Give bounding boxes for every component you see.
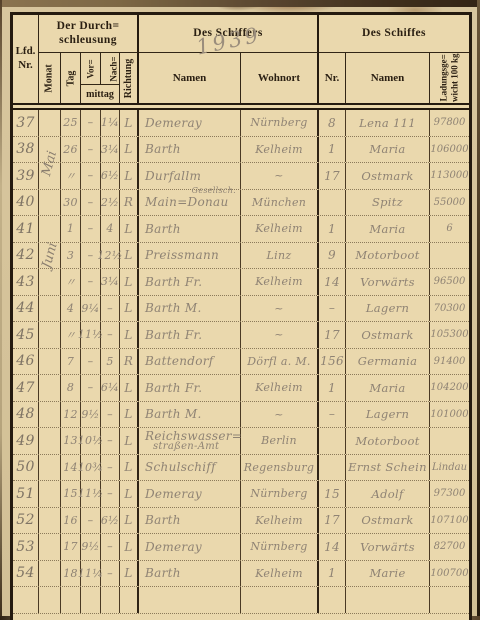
schiffer-name-text: Reichswasser= xyxy=(145,430,242,442)
header-schiffer-namen: Namen xyxy=(139,53,241,103)
cell-wohnort: Kelheim xyxy=(241,561,319,587)
cell-wohnort xyxy=(241,587,319,613)
cell-wohnort: Kelheim xyxy=(241,375,319,401)
cell-ladungsgewicht: 70300 xyxy=(430,296,469,322)
cell-ladungsgewicht: 91400 xyxy=(430,349,469,375)
cell-wohnort: Regensburg xyxy=(241,455,319,481)
table-row: 37 25 – 1¼ L Demeray Nürnberg 8 Lena 111… xyxy=(13,110,469,137)
table-body: 37 25 – 1¼ L Demeray Nürnberg 8 Lena 111… xyxy=(13,110,469,614)
cell-vormittag: 11½ xyxy=(81,322,101,348)
cell-tag: 7 xyxy=(61,349,81,375)
cell-ladungsgewicht: 82700 xyxy=(430,534,469,560)
cell-schiffer-name: Barth Fr. xyxy=(139,375,241,401)
cell-schiffer-name: Barth xyxy=(139,216,241,242)
schiffer-name-text: Barth Fr. xyxy=(145,276,202,288)
cell-schiffer-name: Barth xyxy=(139,561,241,587)
cell-tag: 12 xyxy=(61,402,81,428)
header-schiffes-label: Des Schiffes xyxy=(362,27,426,40)
cell-ladungsgewicht: 96500 xyxy=(430,269,469,295)
cell-wohnort: Berlin xyxy=(241,428,319,454)
page-edge-left xyxy=(0,0,2,620)
header-mittag-label: mittag xyxy=(86,89,114,100)
cell-monat xyxy=(39,110,61,136)
cell-richtung: L xyxy=(120,216,139,242)
cell-vormittag: – xyxy=(81,375,101,401)
cell-ship-name: Lena 111 xyxy=(346,110,430,136)
cell-richtung: L xyxy=(120,508,139,534)
cell-wohnort: Linz xyxy=(241,243,319,269)
table-row: 44 4 9¼ – L Barth M. ~ – Lagern 70300 xyxy=(13,296,469,323)
page-edge-top xyxy=(0,0,480,7)
cell-tag: 3 xyxy=(61,243,81,269)
header-ship-nr-label: Nr. xyxy=(325,72,340,84)
cell-richtung: L xyxy=(120,243,139,269)
cell-vormittag: – xyxy=(81,508,101,534)
cell-ladungsgewicht: 6 xyxy=(430,216,469,242)
table-header: Lfd. Nr. Der Durch= schleusung Des Schif… xyxy=(13,15,469,103)
cell-schiffer-name: Barth xyxy=(139,137,241,163)
cell-schiffer-name: Battendorf xyxy=(139,349,241,375)
cell-tag: 30 xyxy=(61,190,81,216)
cell-ladungsgewicht: 105300 xyxy=(430,322,469,348)
cell-richtung: L xyxy=(120,322,139,348)
cell-ship-nr: 9 xyxy=(319,243,346,269)
cell-nachmittag xyxy=(101,587,120,613)
cell-wohnort: ~ xyxy=(241,322,319,348)
cell-vormittag: 9½ xyxy=(81,534,101,560)
cell-richtung: L xyxy=(120,163,139,189)
schiffer-name-text: Preissmann xyxy=(145,249,219,261)
cell-wohnort: Kelheim xyxy=(241,508,319,534)
table-row: 47 8 – 6¼ L Barth Fr. Kelheim 1 Maria 10… xyxy=(13,375,469,402)
cell-nachmittag: – xyxy=(101,561,120,587)
cell-ladungsgewicht xyxy=(430,587,469,613)
cell-nachmittag: 2½ xyxy=(101,190,120,216)
cell-monat xyxy=(39,481,61,507)
cell-ship-nr: 8 xyxy=(319,110,346,136)
header-wohnort-label: Wohnort xyxy=(258,72,300,84)
schiffer-name-text: Demeray xyxy=(145,541,202,553)
header-ladung-line1: Ladungsge= xyxy=(439,54,450,103)
cell-schiffer-name: Barth Fr. xyxy=(139,322,241,348)
header-vor-nach: Vor= Nach= xyxy=(81,53,119,85)
cell-ship-name: Vorwärts xyxy=(346,269,430,295)
cell-ladungsgewicht: 55000 xyxy=(430,190,469,216)
cell-monat xyxy=(39,349,61,375)
header-double-rule xyxy=(13,103,469,110)
cell-ship-name: Germania xyxy=(346,349,430,375)
schiffer-name-text: Barth xyxy=(145,567,181,579)
scanned-ledger-page: { "page": { "year_overlay": "1939", "hea… xyxy=(0,0,480,620)
cell-lfd-nr: 48 xyxy=(13,402,39,428)
cell-richtung: L xyxy=(120,110,139,136)
cell-schiffer-name: Barth M. xyxy=(139,402,241,428)
cell-wohnort: ~ xyxy=(241,402,319,428)
cell-lfd-nr: 44 xyxy=(13,296,39,322)
schiffer-name-text: Barth Fr. xyxy=(145,382,202,394)
cell-schiffer-name: Barth xyxy=(139,508,241,534)
cell-vormittag: 9½ xyxy=(81,402,101,428)
cell-ladungsgewicht: Lindau xyxy=(430,455,469,481)
table-row: 40 30 – 2½ R Gesellsch. Main=Donau Münch… xyxy=(13,190,469,217)
cell-monat xyxy=(39,455,61,481)
cell-wohnort: Nürnberg xyxy=(241,534,319,560)
schiffer-name-text: Barth M. xyxy=(145,302,202,314)
cell-lfd-nr: 53 xyxy=(13,534,39,560)
cell-nachmittag: 3¼ xyxy=(101,269,120,295)
cell-monat xyxy=(39,296,61,322)
cell-lfd-nr: 43 xyxy=(13,269,39,295)
cell-tag: 25 xyxy=(61,110,81,136)
cell-ship-nr: – xyxy=(319,402,346,428)
cell-monat xyxy=(39,587,61,613)
cell-vormittag: 11½ xyxy=(81,481,101,507)
cell-wohnort: Nürnberg xyxy=(241,110,319,136)
cell-monat xyxy=(39,534,61,560)
cell-ship-nr: 14 xyxy=(319,269,346,295)
cell-ship-name: Marie xyxy=(346,561,430,587)
cell-nachmittag: 4 xyxy=(101,216,120,242)
cell-nachmittag: 6½ xyxy=(101,508,120,534)
header-group-durchschleusung: Der Durch= schleusung xyxy=(39,15,139,53)
cell-schiffer-name: Preissmann xyxy=(139,243,241,269)
cell-wohnort: Kelheim xyxy=(241,269,319,295)
cell-ship-name: Ostmark xyxy=(346,163,430,189)
header-lfd-nr: Lfd. Nr. xyxy=(13,15,39,103)
header-mittag: mittag xyxy=(81,85,119,103)
cell-ladungsgewicht xyxy=(430,428,469,454)
cell-lfd-nr: 49 xyxy=(13,428,39,454)
schiffer-name-line2: straßen-Amt xyxy=(145,442,240,452)
cell-wohnort: Dörfl a. M. xyxy=(241,349,319,375)
table-row: 54 18 11¼ – L Barth Kelheim 1 Marie 1007… xyxy=(13,561,469,588)
table-row: 49 13 10½ – L Reichswasser= straßen-Amt … xyxy=(13,428,469,455)
cell-ladungsgewicht: 97800 xyxy=(430,110,469,136)
cell-lfd-nr: 41 xyxy=(13,216,39,242)
schiffer-name-text: Battendorf xyxy=(145,355,214,367)
cell-schiffer-name: Demeray xyxy=(139,481,241,507)
cell-nachmittag: – xyxy=(101,402,120,428)
cell-wohnort: ~ xyxy=(241,296,319,322)
cell-richtung: L xyxy=(120,481,139,507)
header-richtung-label: Richtung xyxy=(123,58,134,97)
cell-richtung: L xyxy=(120,375,139,401)
header-tag-label: Tag xyxy=(65,70,76,86)
cell-richtung: L xyxy=(120,534,139,560)
cell-vormittag: – xyxy=(81,216,101,242)
header-ship-namen: Namen xyxy=(346,53,430,103)
header-lfd-line1: Lfd. xyxy=(16,45,36,59)
table-row: 41 1 – 4 L Barth Kelheim 1 Maria 6 xyxy=(13,216,469,243)
cell-ship-nr xyxy=(319,455,346,481)
cell-ship-nr: 156 xyxy=(319,349,346,375)
cell-lfd-nr: 54 xyxy=(13,561,39,587)
cell-tag: 8 xyxy=(61,375,81,401)
header-vor-label: Vor= xyxy=(86,59,96,78)
cell-ladungsgewicht: 113000 xyxy=(430,163,469,189)
cell-monat xyxy=(39,375,61,401)
cell-lfd-nr: 46 xyxy=(13,349,39,375)
cell-richtung xyxy=(120,587,139,613)
cell-schiffer-name: Barth Fr. xyxy=(139,269,241,295)
cell-richtung: L xyxy=(120,402,139,428)
header-ladung-line2: wicht 100 kg xyxy=(450,54,461,103)
cell-wohnort: Kelheim xyxy=(241,137,319,163)
header-tag: Tag xyxy=(61,53,81,103)
cell-richtung: L xyxy=(120,455,139,481)
header-vor: Vor= xyxy=(81,53,101,84)
cell-tag: 〃 xyxy=(61,163,81,189)
cell-vormittag: 9¼ xyxy=(81,296,101,322)
cell-monat xyxy=(39,163,61,189)
cell-tag: 〃 xyxy=(61,269,81,295)
table-row: 52 16 – 6½ L Barth Kelheim 17 Ostmark 10… xyxy=(13,508,469,535)
table-row: 45 〃 11½ – L Barth Fr. ~ 17 Ostmark 1053… xyxy=(13,322,469,349)
cell-ship-nr: 17 xyxy=(319,322,346,348)
header-schiffer-namen-label: Namen xyxy=(173,72,207,84)
cell-schiffer-name: Schulschiff xyxy=(139,455,241,481)
cell-lfd-nr xyxy=(13,587,39,613)
cell-ship-nr: 17 xyxy=(319,163,346,189)
schiffer-name-text: Barth xyxy=(145,223,181,235)
cell-tag: 26 xyxy=(61,137,81,163)
cell-ship-name: Adolf xyxy=(346,481,430,507)
cell-wohnort: Kelheim xyxy=(241,216,319,242)
header-ladungsgewicht-label: Ladungsge= wicht 100 kg xyxy=(439,54,461,103)
cell-monat xyxy=(39,402,61,428)
cell-lfd-nr: 37 xyxy=(13,110,39,136)
cell-vormittag: – xyxy=(81,163,101,189)
schiffer-name-text: Barth xyxy=(145,514,181,526)
cell-richtung: R xyxy=(120,190,139,216)
table-row: 50 14 10¾ – L Schulschiff Regensburg Ern… xyxy=(13,455,469,482)
cell-ship-nr: 17 xyxy=(319,508,346,534)
cell-ship-name: Lagern xyxy=(346,296,430,322)
cell-wohnort: Nürnberg xyxy=(241,481,319,507)
header-ladungsgewicht: Ladungsge= wicht 100 kg xyxy=(430,53,469,103)
cell-richtung: L xyxy=(120,428,139,454)
cell-richtung: R xyxy=(120,349,139,375)
cell-schiffer-name: Reichswasser= straßen-Amt xyxy=(139,428,241,454)
cell-vormittag: – xyxy=(81,269,101,295)
cell-ship-nr: 15 xyxy=(319,481,346,507)
cell-ship-nr: 1 xyxy=(319,561,346,587)
cell-ship-name: Ostmark xyxy=(346,508,430,534)
cell-nachmittag: 12½ xyxy=(101,243,120,269)
cell-vormittag: – xyxy=(81,190,101,216)
cell-nachmittag: – xyxy=(101,455,120,481)
schiffer-superscript: Gesellsch. xyxy=(192,187,236,195)
header-richtung: Richtung xyxy=(120,53,139,103)
cell-tag xyxy=(61,587,81,613)
cell-vormittag: 10¾ xyxy=(81,455,101,481)
cell-lfd-nr: 45 xyxy=(13,322,39,348)
cell-schiffer-name: Gesellsch. Main=Donau xyxy=(139,190,241,216)
cell-richtung: L xyxy=(120,269,139,295)
cell-ladungsgewicht: 97300 xyxy=(430,481,469,507)
table-row xyxy=(13,587,469,614)
cell-lfd-nr: 39 xyxy=(13,163,39,189)
cell-lfd-nr: 47 xyxy=(13,375,39,401)
cell-richtung: L xyxy=(120,561,139,587)
schiffer-name-text: Barth xyxy=(145,143,181,155)
cell-nachmittag: – xyxy=(101,428,120,454)
cell-ladungsgewicht: 106000 xyxy=(430,137,469,163)
cell-ship-name: Maria xyxy=(346,137,430,163)
schiffer-name-text: Barth M. xyxy=(145,408,202,420)
cell-ship-name xyxy=(346,587,430,613)
schiffer-name-text: Schulschiff xyxy=(145,461,216,473)
schiffer-name-text: Demeray xyxy=(145,488,202,500)
cell-nachmittag: 1¼ xyxy=(101,110,120,136)
cell-nachmittag: – xyxy=(101,322,120,348)
cell-lfd-nr: 38 xyxy=(13,137,39,163)
cell-ship-nr: 1 xyxy=(319,375,346,401)
cell-monat xyxy=(39,243,61,269)
cell-ship-name: Lagern xyxy=(346,402,430,428)
cell-monat xyxy=(39,322,61,348)
cell-schiffer-name: Demeray xyxy=(139,534,241,560)
cell-ladungsgewicht: 101000 xyxy=(430,402,469,428)
cell-lfd-nr: 52 xyxy=(13,508,39,534)
header-lfd-line2: Nr. xyxy=(18,59,33,73)
cell-schiffer-name xyxy=(139,587,241,613)
cell-monat xyxy=(39,428,61,454)
table-row: 53 17 9½ – L Demeray Nürnberg 14 Vorwärt… xyxy=(13,534,469,561)
cell-ship-name: Ostmark xyxy=(346,322,430,348)
table-row: 43 〃 – 3¼ L Barth Fr. Kelheim 14 Vorwärt… xyxy=(13,269,469,296)
table-row: 42 3 – 12½ L Preissmann Linz 9 Motorboot xyxy=(13,243,469,270)
cell-ship-name: Maria xyxy=(346,216,430,242)
cell-lfd-nr: 40 xyxy=(13,190,39,216)
cell-monat xyxy=(39,561,61,587)
schiffer-name-text: Barth Fr. xyxy=(145,329,202,341)
table-row: 39 〃 – 6½ L Durfallm ~ 17 Ostmark 113000 xyxy=(13,163,469,190)
cell-lfd-nr: 50 xyxy=(13,455,39,481)
header-vormittag-nachmittag: Vor= Nach= mittag xyxy=(81,53,120,103)
header-monat-label: Monat xyxy=(44,64,55,92)
cell-monat xyxy=(39,216,61,242)
cell-nachmittag: 6½ xyxy=(101,163,120,189)
cell-ladungsgewicht: 104200 xyxy=(430,375,469,401)
cell-nachmittag: – xyxy=(101,296,120,322)
header-group-schiffes: Des Schiffes xyxy=(319,15,469,53)
cell-vormittag: 10½ xyxy=(81,428,101,454)
cell-ship-nr: 1 xyxy=(319,216,346,242)
table-row: 48 12 9½ – L Barth M. ~ – Lagern 101000 xyxy=(13,402,469,429)
cell-schiffer-name: Barth M. xyxy=(139,296,241,322)
cell-lfd-nr: 51 xyxy=(13,481,39,507)
schiffer-name-text: Durfallm xyxy=(145,170,201,182)
cell-schiffer-name: Demeray xyxy=(139,110,241,136)
header-ship-namen-label: Namen xyxy=(371,72,405,84)
cell-tag: 1 xyxy=(61,216,81,242)
cell-ship-nr xyxy=(319,587,346,613)
cell-ship-nr: 1 xyxy=(319,137,346,163)
cell-ladungsgewicht: 107100 xyxy=(430,508,469,534)
header-durch-line1: Der Durch= xyxy=(57,20,120,33)
cell-ladungsgewicht: 100700 xyxy=(430,561,469,587)
header-nach-label: Nach= xyxy=(109,56,119,81)
header-wohnort: Wohnort xyxy=(241,53,319,103)
cell-ship-name: Maria xyxy=(346,375,430,401)
cell-ship-nr: – xyxy=(319,296,346,322)
cell-nachmittag: 5 xyxy=(101,349,120,375)
cell-ship-name: Vorwärts xyxy=(346,534,430,560)
cell-nachmittag: – xyxy=(101,481,120,507)
cell-ship-nr xyxy=(319,190,346,216)
cell-nachmittag: 3¼ xyxy=(101,137,120,163)
table-row: 38 26 – 3¼ L Barth Kelheim 1 Maria 10600… xyxy=(13,137,469,164)
cell-ladungsgewicht xyxy=(430,243,469,269)
cell-ship-name: Spitz xyxy=(346,190,430,216)
cell-vormittag: – xyxy=(81,110,101,136)
cell-monat xyxy=(39,137,61,163)
cell-tag: 16 xyxy=(61,508,81,534)
cell-richtung: L xyxy=(120,296,139,322)
cell-tag: 17 xyxy=(61,534,81,560)
cell-ship-nr: 14 xyxy=(319,534,346,560)
cell-richtung: L xyxy=(120,137,139,163)
cell-monat xyxy=(39,269,61,295)
cell-vormittag: – xyxy=(81,349,101,375)
cell-ship-name: Motorboot xyxy=(346,243,430,269)
cell-ship-name: Ernst Schein xyxy=(346,455,430,481)
schiffer-name-text: Demeray xyxy=(145,117,202,129)
cell-schiffer-name: Durfallm xyxy=(139,163,241,189)
cell-ship-nr xyxy=(319,428,346,454)
cell-ship-name: Motorboot xyxy=(346,428,430,454)
cell-nachmittag: 6¼ xyxy=(101,375,120,401)
header-monat: Monat xyxy=(39,53,61,103)
cell-lfd-nr: 42 xyxy=(13,243,39,269)
table-row: 51 15 11½ – L Demeray Nürnberg 15 Adolf … xyxy=(13,481,469,508)
header-ship-nr: Nr. xyxy=(319,53,346,103)
cell-tag: 4 xyxy=(61,296,81,322)
cell-wohnort: ~ xyxy=(241,163,319,189)
header-durch-line2: schleusung xyxy=(59,34,117,47)
cell-vormittag: 11¼ xyxy=(81,561,101,587)
cell-wohnort: München xyxy=(241,190,319,216)
cell-vormittag xyxy=(81,587,101,613)
cell-monat xyxy=(39,508,61,534)
cell-vormittag: – xyxy=(81,137,101,163)
cell-nachmittag: – xyxy=(101,534,120,560)
table-row: 46 7 – 5 R Battendorf Dörfl a. M. 156 Ge… xyxy=(13,349,469,376)
schiffer-name-text: Main=Donau xyxy=(145,196,229,208)
cell-monat xyxy=(39,190,61,216)
lock-register-table: Lfd. Nr. Der Durch= schleusung Des Schif… xyxy=(10,12,472,620)
